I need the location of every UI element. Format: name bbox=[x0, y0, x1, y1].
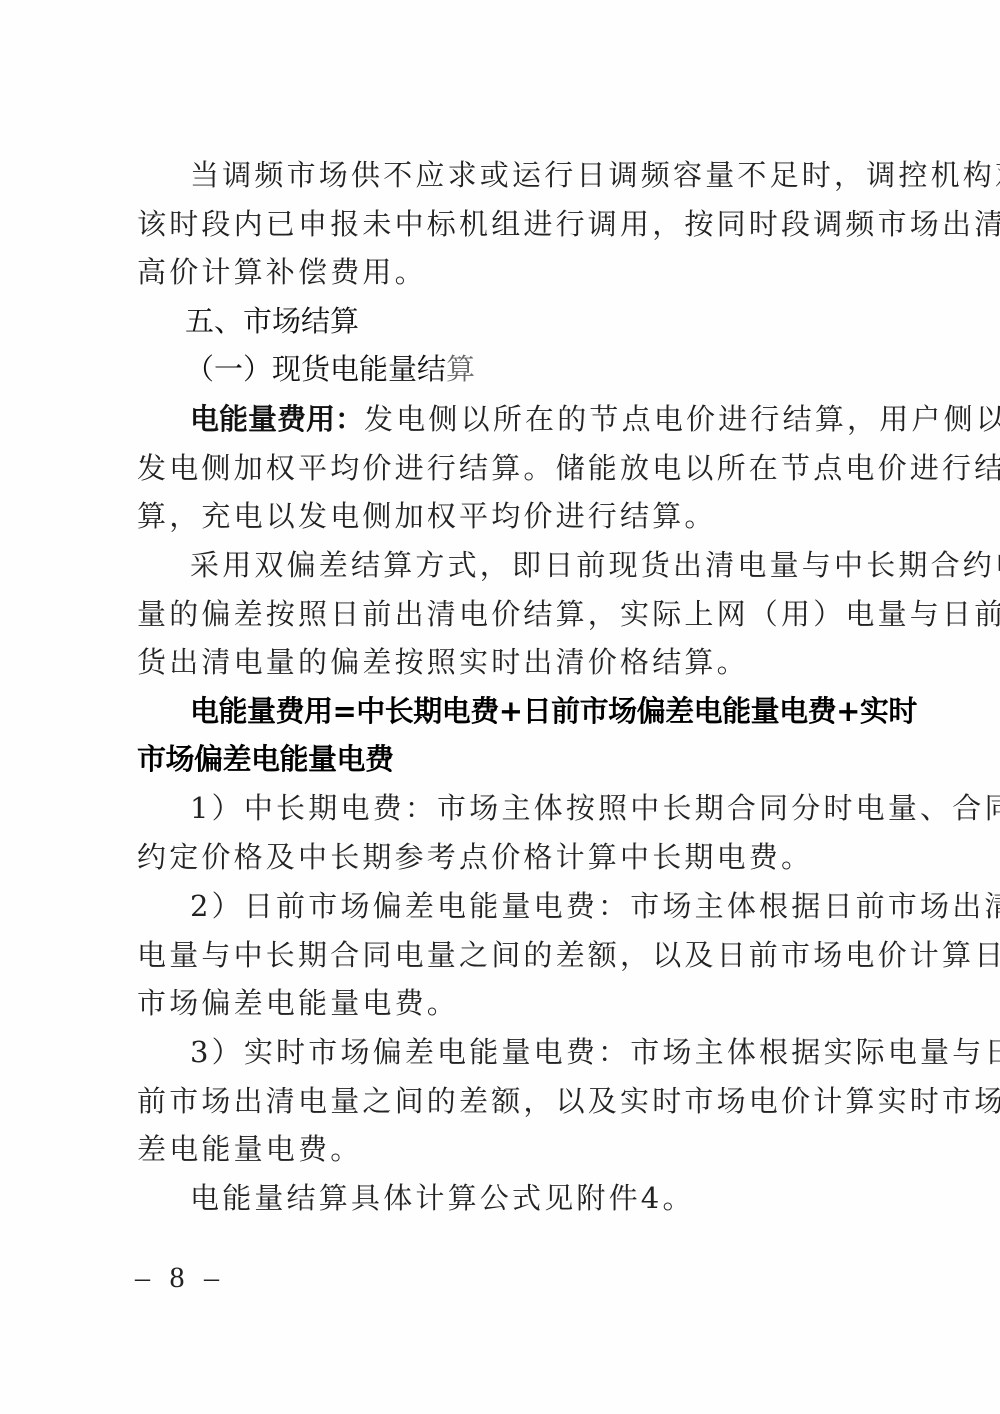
item-2-line-1: 2）日前市场偏差电能量电费：市场主体根据日前市场出清 bbox=[190, 888, 882, 924]
paragraph-1-line-1: 当调频市场供不应求或运行日调频容量不足时，调控机构对 bbox=[190, 157, 882, 193]
last-paragraph-line-1: 电能量结算具体计算公式见附件4。 bbox=[190, 1180, 882, 1216]
section-heading: 五、市场结算 bbox=[185, 303, 930, 339]
paragraph-2-lead: 电能量费用： bbox=[190, 402, 364, 436]
subsection-heading: （一）现货电能量结算 bbox=[185, 351, 930, 387]
subsection-heading-tail: 算 bbox=[446, 352, 475, 386]
paragraph-3-line-3: 货出清电量的偏差按照实时出清价格结算。 bbox=[137, 644, 882, 680]
subsection-heading-main: （一）现货电能量结 bbox=[185, 352, 446, 386]
item-1-line-2: 约定价格及中长期参考点价格计算中长期电费。 bbox=[137, 839, 882, 875]
paragraph-2-line-1-text: 发电侧以所在的节点电价进行结算，用户侧以 bbox=[364, 402, 1000, 436]
item-3-line-3: 差电能量电费。 bbox=[137, 1131, 882, 1167]
item-1-line-1: 1）中长期电费：市场主体按照中长期合同分时电量、合同 bbox=[190, 790, 882, 826]
document-page: 当调频市场供不应求或运行日调频容量不足时，调控机构对 该时段内已申报未中标机组进… bbox=[0, 0, 1000, 1414]
paragraph-2-line-1: 电能量费用：发电侧以所在的节点电价进行结算，用户侧以 bbox=[190, 401, 882, 437]
paragraph-3-line-2: 量的偏差按照日前出清电价结算，实际上网（用）电量与日前现 bbox=[137, 596, 882, 632]
formula-line-2: 市场偏差电能量电费 bbox=[137, 741, 882, 777]
paragraph-1-line-3: 高价计算补偿费用。 bbox=[137, 254, 882, 290]
page-number: – 8 – bbox=[135, 1260, 225, 1296]
item-3-line-1: 3）实时市场偏差电能量电费：市场主体根据实际电量与日 bbox=[190, 1034, 882, 1070]
item-2-line-2: 电量与中长期合同电量之间的差额，以及日前市场电价计算日前 bbox=[137, 937, 882, 973]
paragraph-3-line-1: 采用双偏差结算方式，即日前现货出清电量与中长期合约电 bbox=[190, 547, 882, 583]
paragraph-1-line-2: 该时段内已申报未中标机组进行调用，按同时段调频市场出清最 bbox=[137, 206, 882, 242]
paragraph-2-line-2: 发电侧加权平均价进行结算。储能放电以所在节点电价进行结 bbox=[137, 450, 882, 486]
item-2-line-3: 市场偏差电能量电费。 bbox=[137, 985, 882, 1021]
paragraph-2-line-3: 算，充电以发电侧加权平均价进行结算。 bbox=[137, 498, 882, 534]
formula-line-1: 电能量费用=中长期电费+日前市场偏差电能量电费+实时 bbox=[190, 693, 882, 729]
item-3-line-2: 前市场出清电量之间的差额，以及实时市场电价计算实时市场偏 bbox=[137, 1083, 882, 1119]
